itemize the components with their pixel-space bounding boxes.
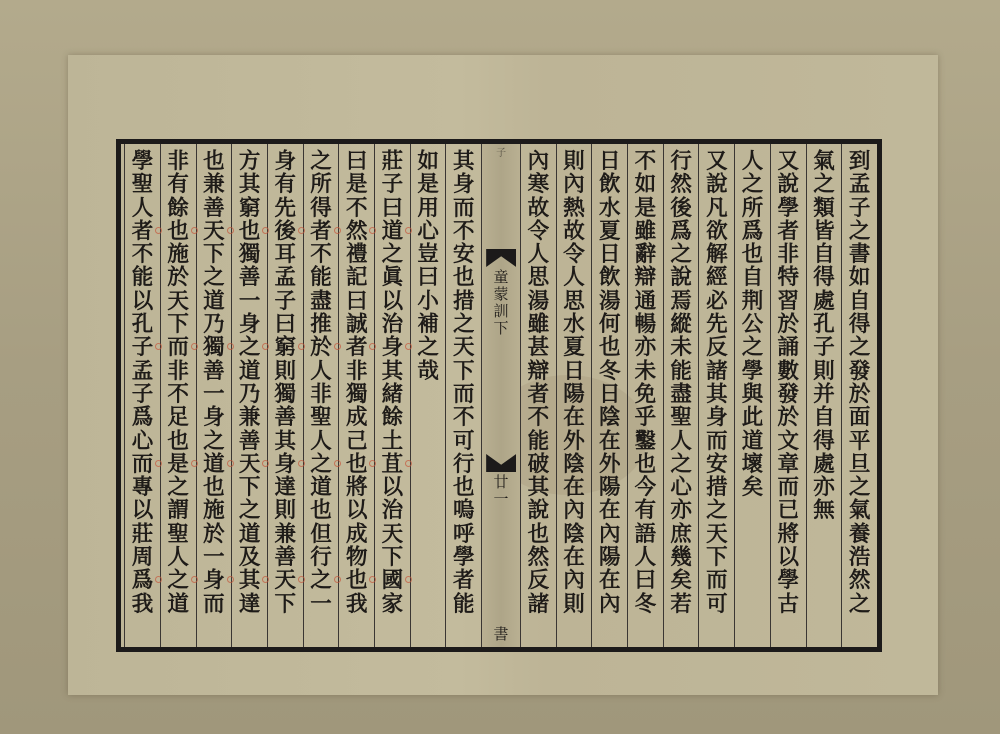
character: 兼 [239, 406, 261, 429]
character: 然 [528, 546, 550, 569]
character: 其 [453, 150, 475, 173]
character: 其 [706, 383, 728, 406]
character: 人 [635, 546, 657, 569]
character: 治 [382, 499, 404, 522]
character: 則 [275, 360, 297, 383]
character: 然 [849, 569, 871, 592]
character: 則 [563, 593, 585, 616]
character: 亦 [635, 336, 657, 359]
character: 有 [275, 173, 297, 196]
character: 學 [742, 360, 764, 383]
character: 雖 [528, 313, 550, 336]
character: 豈 [417, 243, 439, 266]
character: 鑿 [635, 430, 657, 453]
character: 之 [670, 243, 692, 266]
character: 下 [239, 476, 261, 499]
character: 身 [382, 336, 404, 359]
character: 在 [599, 499, 621, 522]
text-column: 方其窮也獨善一身之道乃兼善天下之道及其達 [231, 144, 267, 647]
character: 乃 [203, 313, 225, 336]
character: 是 [346, 173, 368, 196]
character: 辯 [635, 266, 657, 289]
character: 之 [813, 173, 835, 196]
character: 謂 [167, 499, 189, 522]
character: 以 [382, 476, 404, 499]
character: 也 [167, 220, 189, 243]
character: 爲 [132, 569, 154, 592]
character: 公 [742, 313, 764, 336]
character: 之 [167, 569, 189, 592]
character: 下 [275, 593, 297, 616]
character: 而 [706, 569, 728, 592]
text-column: 身有先後耳孟子曰窮則獨善其身達則兼善天下 [267, 144, 303, 647]
character: 辯 [528, 360, 550, 383]
character: 解 [706, 243, 728, 266]
character: 下 [203, 243, 225, 266]
character: 能 [132, 266, 154, 289]
character: 身 [453, 173, 475, 196]
text-column: 到孟子之書如自得之發於面平旦之氣養浩然之 [841, 144, 877, 647]
character: 辭 [635, 243, 657, 266]
character: 天 [453, 336, 475, 359]
printed-frame: 到孟子之書如自得之發於面平旦之氣養浩然之氣之類皆自得處孔子則并自得處亦無又說學者… [116, 139, 882, 652]
character: 令 [528, 220, 550, 243]
character: 孟 [132, 360, 154, 383]
character: 方 [239, 150, 261, 173]
fold-printer-mark: 書 [482, 626, 520, 643]
character: 之 [310, 453, 332, 476]
character: 浩 [849, 546, 871, 569]
character: 之 [203, 430, 225, 453]
character: 人 [563, 266, 585, 289]
character: 道 [203, 290, 225, 313]
character: 子 [275, 290, 297, 313]
text-column: 莊子曰道之眞以治身其緒餘土苴以治天下國家 [374, 144, 410, 647]
character: 行 [453, 453, 475, 476]
character: 焉 [670, 290, 692, 313]
character: 外 [563, 430, 585, 453]
character: 非 [346, 360, 368, 383]
character: 行 [670, 150, 692, 173]
character: 不 [167, 383, 189, 406]
character: 安 [453, 243, 475, 266]
character: 令 [563, 243, 585, 266]
character: 之 [849, 336, 871, 359]
character: 所 [310, 173, 332, 196]
character: 曰 [346, 150, 368, 173]
character: 矣 [670, 569, 692, 592]
character: 其 [382, 360, 404, 383]
character: 不 [528, 406, 550, 429]
fishtail-top-mark [486, 249, 516, 267]
text-column: 日飲水夏日飲湯何也冬日陰在外陽在內陽在內 [591, 144, 627, 647]
character: 聖 [310, 406, 332, 429]
character: 之 [310, 569, 332, 592]
character: 者 [777, 220, 799, 243]
character: 語 [635, 523, 657, 546]
character: 乎 [635, 406, 657, 429]
character: 於 [777, 313, 799, 336]
character: 自 [813, 406, 835, 429]
character: 陽 [563, 383, 585, 406]
text-column: 氣之類皆自得處孔子則并自得處亦無 [806, 144, 842, 647]
character: 善 [275, 406, 297, 429]
character: 達 [239, 593, 261, 616]
character: 之 [742, 336, 764, 359]
character: 文 [777, 430, 799, 453]
text-column: 曰是不然禮記曰誠者非獨成己也將以成物也我 [338, 144, 374, 647]
character: 將 [777, 523, 799, 546]
character: 然 [346, 220, 368, 243]
character: 寒 [528, 173, 550, 196]
character: 於 [849, 383, 871, 406]
character: 孔 [813, 313, 835, 336]
character: 道 [203, 453, 225, 476]
character: 說 [777, 173, 799, 196]
character: 心 [132, 430, 154, 453]
character: 有 [167, 173, 189, 196]
character: 能 [310, 266, 332, 289]
character: 在 [599, 569, 621, 592]
character: 如 [635, 173, 657, 196]
character: 旦 [849, 453, 871, 476]
character: 無 [813, 499, 835, 522]
character: 特 [777, 266, 799, 289]
character: 而 [453, 383, 475, 406]
character: 處 [813, 290, 835, 313]
character: 窮 [275, 336, 297, 359]
text-column: 也兼善天下之道乃獨善一身之道也施於一身而 [196, 144, 232, 647]
character: 人 [670, 430, 692, 453]
character: 而 [132, 453, 154, 476]
character: 得 [310, 197, 332, 220]
character: 道 [239, 360, 261, 383]
fold-book-title: 童蒙訓下 [482, 269, 520, 337]
center-fold-banxin: 子童蒙訓下廿一書 [481, 144, 520, 647]
character: 道 [310, 476, 332, 499]
character: 所 [742, 197, 764, 220]
character: 非 [167, 150, 189, 173]
character: 子 [813, 336, 835, 359]
character: 而 [203, 593, 225, 616]
character: 甚 [528, 336, 550, 359]
character: 成 [346, 523, 368, 546]
character: 陽 [599, 476, 621, 499]
character: 陰 [563, 453, 585, 476]
character: 不 [132, 243, 154, 266]
character: 縱 [670, 313, 692, 336]
character: 將 [346, 476, 368, 499]
character: 者 [528, 383, 550, 406]
character: 學 [777, 569, 799, 592]
character: 類 [813, 197, 835, 220]
text-column: 學聖人者不能以孔子孟子爲心而專以莊周爲我 [124, 144, 160, 647]
character: 又 [777, 150, 799, 173]
character: 平 [849, 430, 871, 453]
character: 苴 [382, 453, 404, 476]
character: 欲 [706, 220, 728, 243]
character: 也 [203, 150, 225, 173]
character: 通 [635, 290, 657, 313]
character: 今 [635, 476, 657, 499]
character: 湯 [599, 290, 621, 313]
character: 未 [635, 360, 657, 383]
character: 故 [528, 197, 550, 220]
character: 獨 [203, 336, 225, 359]
character: 發 [849, 360, 871, 383]
character: 嗚 [453, 499, 475, 522]
character: 之 [670, 453, 692, 476]
character: 非 [310, 383, 332, 406]
character: 也 [167, 430, 189, 453]
character: 其 [275, 430, 297, 453]
character: 一 [310, 593, 332, 616]
character: 窮 [239, 197, 261, 220]
character: 子 [132, 383, 154, 406]
text-column: 其身而不安也措之天下而不可行也嗚呼學者能 [445, 144, 481, 647]
character: 者 [132, 220, 154, 243]
character: 家 [382, 593, 404, 616]
character: 到 [849, 150, 871, 173]
character: 養 [849, 523, 871, 546]
character: 也 [203, 476, 225, 499]
character: 治 [382, 313, 404, 336]
character: 曰 [275, 313, 297, 336]
character: 以 [382, 290, 404, 313]
character: 矣 [742, 476, 764, 499]
character: 聖 [132, 173, 154, 196]
character: 凡 [706, 197, 728, 220]
character: 善 [203, 360, 225, 383]
character: 自 [742, 266, 764, 289]
character: 皆 [813, 220, 835, 243]
character: 之 [382, 243, 404, 266]
character: 其 [239, 569, 261, 592]
character: 人 [310, 360, 332, 383]
character: 身 [706, 406, 728, 429]
character: 兼 [203, 173, 225, 196]
character: 之 [167, 476, 189, 499]
character: 於 [167, 266, 189, 289]
character: 數 [777, 360, 799, 383]
character: 而 [167, 336, 189, 359]
character: 天 [203, 220, 225, 243]
character: 獨 [239, 243, 261, 266]
character: 專 [132, 476, 154, 499]
character: 之 [239, 499, 261, 522]
character: 子 [849, 197, 871, 220]
character: 善 [239, 430, 261, 453]
character: 也 [453, 476, 475, 499]
character: 也 [346, 569, 368, 592]
character: 在 [563, 546, 585, 569]
character: 人 [167, 546, 189, 569]
character: 何 [599, 313, 621, 336]
character: 誦 [777, 336, 799, 359]
character: 氣 [849, 499, 871, 522]
character: 眞 [382, 266, 404, 289]
character: 於 [310, 336, 332, 359]
character: 經 [706, 266, 728, 289]
text-column: 行然後爲之說焉縱未能盡聖人之心亦庶幾矣若 [663, 144, 699, 647]
character: 人 [132, 197, 154, 220]
character: 孟 [849, 173, 871, 196]
character: 之 [849, 476, 871, 499]
character: 非 [167, 360, 189, 383]
character: 雖 [635, 220, 657, 243]
character: 子 [132, 336, 154, 359]
character: 不 [310, 243, 332, 266]
character: 道 [239, 523, 261, 546]
character: 反 [706, 336, 728, 359]
character: 思 [528, 266, 550, 289]
character: 小 [417, 290, 439, 313]
character: 天 [706, 523, 728, 546]
character: 善 [239, 266, 261, 289]
character: 自 [813, 243, 835, 266]
character: 陽 [599, 546, 621, 569]
character: 我 [132, 593, 154, 616]
character: 道 [167, 593, 189, 616]
character: 內 [563, 173, 585, 196]
character: 一 [239, 290, 261, 313]
text-column: 內寒故令人思湯雖甚辯者不能破其說也然反諸 [520, 144, 556, 647]
character: 習 [777, 290, 799, 313]
character: 發 [777, 383, 799, 406]
character: 說 [528, 499, 550, 522]
character: 思 [563, 290, 585, 313]
character: 內 [528, 150, 550, 173]
character: 反 [528, 569, 550, 592]
character: 推 [310, 313, 332, 336]
character: 爲 [670, 220, 692, 243]
character: 之 [849, 593, 871, 616]
character: 庶 [670, 523, 692, 546]
character: 兼 [275, 523, 297, 546]
character: 破 [528, 453, 550, 476]
character: 孔 [132, 313, 154, 336]
character: 得 [813, 266, 835, 289]
character: 是 [417, 173, 439, 196]
character: 學 [132, 150, 154, 173]
character: 而 [777, 476, 799, 499]
character: 道 [382, 220, 404, 243]
character: 人 [528, 243, 550, 266]
character: 夏 [599, 220, 621, 243]
character: 於 [777, 406, 799, 429]
character: 耳 [275, 243, 297, 266]
character: 身 [275, 150, 297, 173]
character: 外 [599, 453, 621, 476]
character: 熱 [563, 197, 585, 220]
character: 冬 [635, 593, 657, 616]
character: 也 [346, 453, 368, 476]
character: 天 [382, 523, 404, 546]
character: 呼 [453, 523, 475, 546]
character: 施 [167, 243, 189, 266]
character: 也 [453, 266, 475, 289]
character: 用 [417, 197, 439, 220]
character: 能 [528, 430, 550, 453]
character: 下 [706, 546, 728, 569]
character: 則 [813, 360, 835, 383]
character: 天 [167, 290, 189, 313]
character: 荆 [742, 290, 764, 313]
character: 下 [167, 313, 189, 336]
character: 其 [239, 173, 261, 196]
character: 餘 [382, 406, 404, 429]
character: 但 [310, 523, 332, 546]
character: 諸 [706, 360, 728, 383]
character: 章 [777, 453, 799, 476]
character: 爲 [132, 406, 154, 429]
character: 身 [239, 313, 261, 336]
character: 周 [132, 546, 154, 569]
character: 土 [382, 430, 404, 453]
character: 則 [275, 499, 297, 522]
character: 也 [635, 453, 657, 476]
character: 天 [275, 569, 297, 592]
character: 日 [599, 383, 621, 406]
character: 能 [453, 593, 475, 616]
character: 此 [742, 406, 764, 429]
character: 獨 [275, 383, 297, 406]
character: 日 [599, 150, 621, 173]
character: 不 [453, 406, 475, 429]
character: 也 [310, 499, 332, 522]
character: 先 [275, 197, 297, 220]
character: 行 [310, 546, 332, 569]
character: 盡 [670, 383, 692, 406]
character: 身 [203, 569, 225, 592]
character: 施 [203, 499, 225, 522]
character: 爲 [742, 220, 764, 243]
character: 諸 [528, 593, 550, 616]
character: 餘 [167, 197, 189, 220]
character: 身 [203, 406, 225, 429]
character: 者 [310, 220, 332, 243]
character: 以 [132, 499, 154, 522]
character: 者 [346, 336, 368, 359]
character: 一 [203, 546, 225, 569]
character: 陰 [599, 406, 621, 429]
character: 不 [453, 220, 475, 243]
character: 安 [706, 453, 728, 476]
character: 之 [239, 336, 261, 359]
character: 也 [742, 243, 764, 266]
character: 盡 [310, 290, 332, 313]
character: 之 [417, 336, 439, 359]
text-columns: 到孟子之書如自得之發於面平旦之氣養浩然之氣之類皆自得處孔子則并自得處亦無又說學者… [124, 144, 877, 647]
character: 水 [563, 313, 585, 336]
character: 足 [167, 406, 189, 429]
character: 孟 [275, 266, 297, 289]
character: 學 [453, 546, 475, 569]
character: 學 [777, 197, 799, 220]
character: 曰 [382, 197, 404, 220]
character: 以 [777, 546, 799, 569]
character: 是 [167, 453, 189, 476]
character: 禮 [346, 243, 368, 266]
character: 水 [599, 197, 621, 220]
character: 記 [346, 266, 368, 289]
text-column: 則內熱故令人思水夏日陽在外陰在內陰在內則 [556, 144, 592, 647]
character: 有 [635, 499, 657, 522]
character: 內 [599, 523, 621, 546]
character: 也 [239, 220, 261, 243]
character: 己 [346, 430, 368, 453]
character: 是 [635, 197, 657, 220]
